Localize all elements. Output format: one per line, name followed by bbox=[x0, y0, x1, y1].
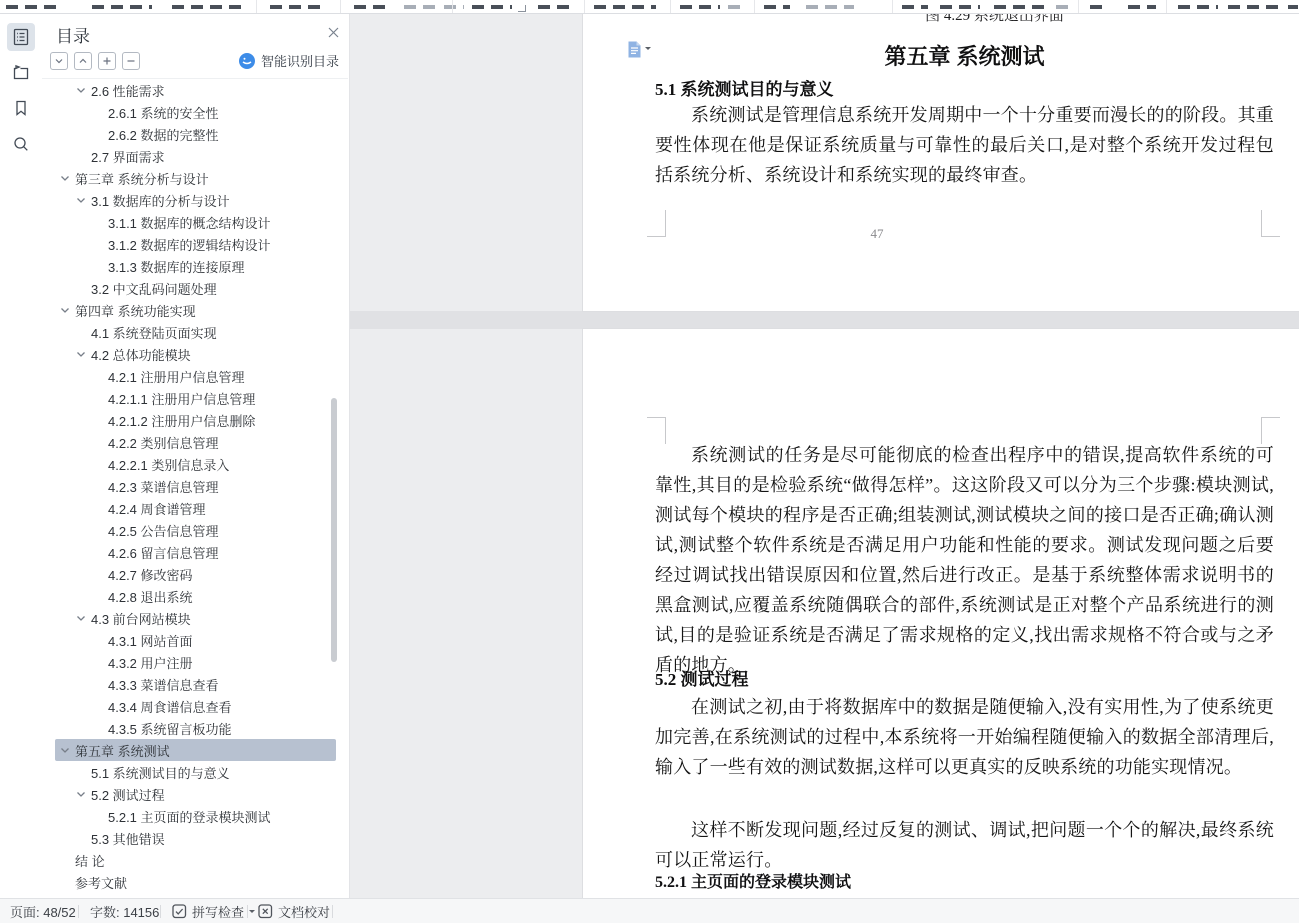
chevron-down-icon[interactable] bbox=[60, 307, 75, 314]
toc-item-label: 4.2.8 退出系统 bbox=[108, 587, 193, 606]
section-heading-5-1: 5.1 系统测试目的与意义 bbox=[655, 75, 834, 100]
toc-tree: 2.6 性能需求2.6.1 系统的安全性2.6.2 数据的完整性2.7 界面需求… bbox=[42, 78, 348, 899]
ribbon-toolbar-clipped[interactable] bbox=[0, 0, 1299, 14]
toc-item[interactable]: 4.3.1 网站首面 bbox=[55, 629, 336, 651]
smart-recognize-toc-label: 智能识别目录 bbox=[261, 51, 339, 70]
toolbar-item-clipped[interactable] bbox=[6, 5, 58, 9]
toc-item-label: 2.7 界面需求 bbox=[91, 147, 165, 166]
toolbar-item-clipped[interactable] bbox=[680, 5, 720, 9]
toc-item[interactable]: 3.1 数据库的分析与设计 bbox=[55, 189, 336, 211]
toc-item[interactable]: 4.3.4 周食谱信息查看 bbox=[55, 695, 336, 717]
document-page-47[interactable]: 图 4.29 系统退出界面 第五章 系统测试 5.1 系统测试目的与意义 系统测… bbox=[583, 14, 1299, 311]
body-paragraph: 系统测试是管理信息系统开发周期中一个十分重要而漫长的的阶段。其重要性体现在他是保… bbox=[655, 100, 1274, 190]
section-heading-5-2-1: 5.2.1 主页面的登录模块测试 bbox=[655, 869, 851, 892]
document-canvas[interactable]: 图 4.29 系统退出界面 第五章 系统测试 5.1 系统测试目的与意义 系统测… bbox=[349, 14, 1299, 898]
toc-item[interactable]: 4.2.2.1 类别信息录入 bbox=[55, 453, 336, 475]
toc-item[interactable]: 3.2 中文乱码问题处理 bbox=[55, 277, 336, 299]
toolbar-separator bbox=[340, 0, 341, 13]
chevron-down-icon[interactable] bbox=[60, 175, 75, 182]
toc-item[interactable]: 4.2.7 修改密码 bbox=[55, 563, 336, 585]
page-gap bbox=[349, 311, 1299, 329]
toc-item-label: 4.2.1 注册用户信息管理 bbox=[108, 367, 245, 386]
toolbar-separator bbox=[892, 0, 893, 13]
toc-item-label: 5.3 其他错误 bbox=[91, 829, 165, 848]
toc-item[interactable]: 5.3 其他错误 bbox=[55, 827, 336, 849]
chevron-down-icon[interactable] bbox=[76, 791, 91, 798]
chevron-down-icon[interactable] bbox=[60, 747, 75, 754]
chevron-down-icon[interactable] bbox=[76, 197, 91, 204]
toc-item-label: 4.3.4 周食谱信息查看 bbox=[108, 697, 232, 716]
toolbar-item-clipped[interactable] bbox=[940, 5, 980, 9]
toc-item-label: 4.2.1.1 注册用户信息管理 bbox=[108, 389, 255, 408]
body-paragraph: 这样不断发现问题,经过反复的测试、调试,把问题一个个的解决,最终系统可以正常运行… bbox=[655, 815, 1274, 875]
toolbar-item-clipped[interactable] bbox=[764, 5, 790, 9]
paragraph-anchor[interactable] bbox=[627, 41, 651, 58]
toc-panel: 目录 bbox=[42, 14, 350, 898]
toolbar-item-clipped[interactable] bbox=[538, 5, 574, 9]
toc-item[interactable]: 4.3 前台网站模块 bbox=[55, 607, 336, 629]
body-paragraph: 在测试之初,由于将数据库中的数据是随便输入,没有实用性,为了使系统更加完善,在系… bbox=[655, 692, 1274, 782]
toc-item-label: 4.2.2 类别信息管理 bbox=[108, 433, 219, 452]
page-number: 47 bbox=[837, 226, 917, 242]
toolbar-item-clipped[interactable] bbox=[172, 5, 246, 9]
toolbar-item-clipped[interactable] bbox=[902, 5, 928, 9]
toc-panel-title: 目录 bbox=[56, 22, 90, 47]
document-page-48[interactable]: 系统测试的任务是尽可能彻底的检查出程序中的错误,提高软件系统的可靠性,其目的是检… bbox=[583, 329, 1299, 898]
smart-assistant-icon bbox=[239, 53, 255, 69]
toolbar-group-corner bbox=[518, 5, 526, 12]
toc-item-label: 4.2.4 周食谱管理 bbox=[108, 499, 206, 518]
toc-item-label: 5.1 系统测试目的与意义 bbox=[91, 763, 230, 782]
toc-item[interactable]: 2.7 界面需求 bbox=[55, 145, 336, 167]
toc-item-label: 参考文献 bbox=[75, 873, 127, 892]
toolbar-item-clipped[interactable] bbox=[404, 5, 438, 9]
toc-item[interactable]: 4.2.2 类别信息管理 bbox=[55, 431, 336, 453]
chapter-nav-icon[interactable] bbox=[7, 59, 35, 87]
toc-item-label: 4.2.6 留言信息管理 bbox=[108, 543, 219, 562]
toc-item[interactable]: 3.1.1 数据库的概念结构设计 bbox=[55, 211, 336, 233]
toc-item-label: 4.3.5 系统留言板功能 bbox=[108, 719, 232, 738]
word-count[interactable]: 字数: 14156 bbox=[90, 903, 159, 920]
toolbar-item-clipped[interactable] bbox=[1128, 5, 1156, 9]
toc-item-label: 3.1.1 数据库的概念结构设计 bbox=[108, 213, 271, 232]
toc-item-label: 5.2 测试过程 bbox=[91, 785, 165, 804]
toc-item-label: 第五章 系统测试 bbox=[75, 741, 170, 760]
bookmark-icon[interactable] bbox=[7, 94, 35, 122]
toc-item[interactable]: 4.2.6 留言信息管理 bbox=[55, 541, 336, 563]
toolbar-item-clipped[interactable] bbox=[1056, 5, 1068, 9]
toc-item-label: 4.2.7 修改密码 bbox=[108, 565, 193, 584]
status-separator bbox=[332, 905, 333, 918]
toc-item-label: 3.1.3 数据库的连接原理 bbox=[108, 257, 245, 276]
toolbar-separator bbox=[670, 0, 671, 13]
toc-item[interactable]: 3.1.2 数据库的逻辑结构设计 bbox=[55, 233, 336, 255]
toc-item[interactable]: 4.2.1.2 注册用户信息删除 bbox=[55, 409, 336, 431]
outline-panel-icon[interactable] bbox=[7, 23, 35, 51]
toc-item[interactable]: 结 论 bbox=[55, 849, 336, 871]
chevron-down-icon[interactable] bbox=[76, 351, 91, 358]
chapter-title: 第五章 系统测试 bbox=[655, 40, 1274, 71]
toc-item-label: 4.3 前台网站模块 bbox=[91, 609, 191, 628]
page-indicator[interactable]: 页面: 48/52 bbox=[10, 903, 76, 920]
toc-item[interactable]: 2.6.1 系统的安全性 bbox=[55, 101, 336, 123]
toc-item[interactable]: 4.2.8 退出系统 bbox=[55, 585, 336, 607]
toolbar-separator bbox=[256, 0, 257, 13]
toc-item[interactable]: 4.2.1 注册用户信息管理 bbox=[55, 365, 336, 387]
chevron-down-icon[interactable] bbox=[76, 87, 91, 94]
toc-item[interactable]: 4.2.5 公告信息管理 bbox=[55, 519, 336, 541]
proofread-button[interactable]: 文档校对 bbox=[258, 903, 330, 920]
toc-item[interactable]: 4.3.5 系统留言板功能 bbox=[55, 717, 336, 739]
toolbar-item-clipped[interactable] bbox=[354, 5, 392, 9]
toolbar-item-clipped[interactable] bbox=[472, 5, 512, 9]
status-separator bbox=[247, 905, 248, 918]
toc-toolbar bbox=[50, 52, 140, 70]
toc-item-label: 第三章 系统分析与设计 bbox=[75, 169, 209, 188]
search-icon[interactable] bbox=[7, 130, 35, 158]
toc-item-label: 4.1 系统登陆页面实现 bbox=[91, 323, 217, 342]
toc-item-label: 2.6.2 数据的完整性 bbox=[108, 125, 219, 144]
spell-check-label: 拼写检查 bbox=[192, 902, 244, 921]
toolbar-item-clipped[interactable] bbox=[594, 5, 656, 9]
toolbar-separator bbox=[1166, 0, 1167, 13]
checkbox-check-icon bbox=[172, 904, 187, 919]
toc-item[interactable]: 第三章 系统分析与设计 bbox=[55, 167, 336, 189]
toc-item[interactable]: 4.3.2 用户注册 bbox=[55, 651, 336, 673]
minus-icon[interactable] bbox=[122, 52, 140, 70]
toolbar-separator bbox=[584, 0, 585, 13]
toolbar-item-clipped[interactable] bbox=[994, 5, 1046, 9]
margin-corner-mark bbox=[1261, 210, 1280, 237]
toc-item-label: 2.6.1 系统的安全性 bbox=[108, 103, 219, 122]
toc-item[interactable]: 4.3.3 菜谱信息查看 bbox=[55, 673, 336, 695]
toc-item-label: 4.2.1.2 注册用户信息删除 bbox=[108, 411, 255, 430]
toc-item-label: 5.2.1 主页面的登录模块测试 bbox=[108, 807, 271, 826]
side-icon-rail bbox=[0, 14, 43, 898]
toc-item-label: 3.2 中文乱码问题处理 bbox=[91, 279, 217, 298]
checkbox-x-icon bbox=[258, 904, 273, 919]
toolbar-item-clipped[interactable] bbox=[92, 5, 152, 9]
toc-item[interactable]: 第五章 系统测试 bbox=[55, 739, 336, 761]
close-icon[interactable] bbox=[327, 26, 341, 40]
toc-item[interactable]: 4.2.4 周食谱管理 bbox=[55, 497, 336, 519]
toc-item-label: 4.3.2 用户注册 bbox=[108, 653, 193, 672]
toc-item-label: 4.3.1 网站首面 bbox=[108, 631, 193, 650]
wps-writer-window: 目录 bbox=[0, 0, 1299, 923]
toc-item[interactable]: 2.6.2 数据的完整性 bbox=[55, 123, 336, 145]
toc-scrollbar-thumb[interactable] bbox=[331, 398, 337, 662]
toc-item[interactable]: 2.6 性能需求 bbox=[55, 79, 336, 101]
toolbar-item-clipped[interactable] bbox=[728, 5, 744, 9]
toc-item-label: 4.2.5 公告信息管理 bbox=[108, 521, 219, 540]
toc-item[interactable]: 3.1.3 数据库的连接原理 bbox=[55, 255, 336, 277]
toc-item-label: 结 论 bbox=[75, 851, 105, 870]
toolbar-separator bbox=[754, 0, 755, 13]
toc-item-label: 3.1.2 数据库的逻辑结构设计 bbox=[108, 235, 271, 254]
toolbar-item-clipped[interactable] bbox=[806, 5, 854, 9]
toc-item[interactable]: 4.2.3 菜谱信息管理 bbox=[55, 475, 336, 497]
toc-item-label: 4.2 总体功能模块 bbox=[91, 345, 191, 364]
spell-check-button[interactable]: 拼写检查 bbox=[172, 903, 255, 920]
toc-item[interactable]: 5.2.1 主页面的登录模块测试 bbox=[55, 805, 336, 827]
body-paragraph: 系统测试的任务是尽可能彻底的检查出程序中的错误,提高软件系统的可靠性,其目的是检… bbox=[655, 440, 1274, 680]
toc-item[interactable]: 5.2 测试过程 bbox=[55, 783, 336, 805]
toolbar-separator bbox=[1078, 0, 1079, 13]
toolbar-item-clipped[interactable] bbox=[1090, 5, 1106, 9]
status-separator bbox=[160, 905, 161, 918]
toolbar-item-clipped[interactable] bbox=[270, 5, 326, 9]
toc-item-label: 4.2.2.1 类别信息录入 bbox=[108, 455, 229, 474]
toolbar-item-clipped[interactable] bbox=[1228, 5, 1282, 9]
chevron-down-icon bbox=[249, 910, 255, 916]
toc-item[interactable]: 4.2.1.1 注册用户信息管理 bbox=[55, 387, 336, 409]
chevron-up-icon[interactable] bbox=[74, 52, 92, 70]
status-separator bbox=[78, 905, 79, 918]
toc-item-label: 第四章 系统功能实现 bbox=[75, 301, 196, 320]
toc-item[interactable]: 4.1 系统登陆页面实现 bbox=[55, 321, 336, 343]
toc-item-label: 2.6 性能需求 bbox=[91, 81, 165, 100]
margin-corner-mark bbox=[647, 210, 666, 237]
toolbar-item-clipped[interactable] bbox=[444, 5, 464, 9]
chevron-down-icon[interactable] bbox=[645, 47, 651, 53]
toolbar-item-clipped[interactable] bbox=[1288, 5, 1298, 9]
chevron-down-icon[interactable] bbox=[76, 615, 91, 622]
toc-item[interactable]: 参考文献 bbox=[55, 871, 336, 893]
toc-item-label: 4.3.3 菜谱信息查看 bbox=[108, 675, 219, 694]
toolbar-separator bbox=[452, 0, 453, 13]
section-heading-5-2: 5.2 测试过程 bbox=[655, 665, 749, 690]
chevron-down-icon[interactable] bbox=[50, 52, 68, 70]
blue-document-icon[interactable] bbox=[627, 41, 642, 58]
toc-item[interactable]: 4.2 总体功能模块 bbox=[55, 343, 336, 365]
plus-icon[interactable] bbox=[98, 52, 116, 70]
toc-item[interactable]: 第四章 系统功能实现 bbox=[55, 299, 336, 321]
toolbar-item-clipped[interactable] bbox=[1178, 5, 1218, 9]
status-bar: 页面: 48/52 字数: 14156 拼写检查 文档校对 bbox=[0, 898, 1299, 923]
toc-item[interactable]: 5.1 系统测试目的与意义 bbox=[55, 761, 336, 783]
toc-item-label: 4.2.3 菜谱信息管理 bbox=[108, 477, 219, 496]
proofread-label: 文档校对 bbox=[278, 902, 330, 921]
smart-recognize-toc-button[interactable]: 智能识别目录 bbox=[239, 51, 339, 70]
toc-item-label: 3.1 数据库的分析与设计 bbox=[91, 191, 230, 210]
